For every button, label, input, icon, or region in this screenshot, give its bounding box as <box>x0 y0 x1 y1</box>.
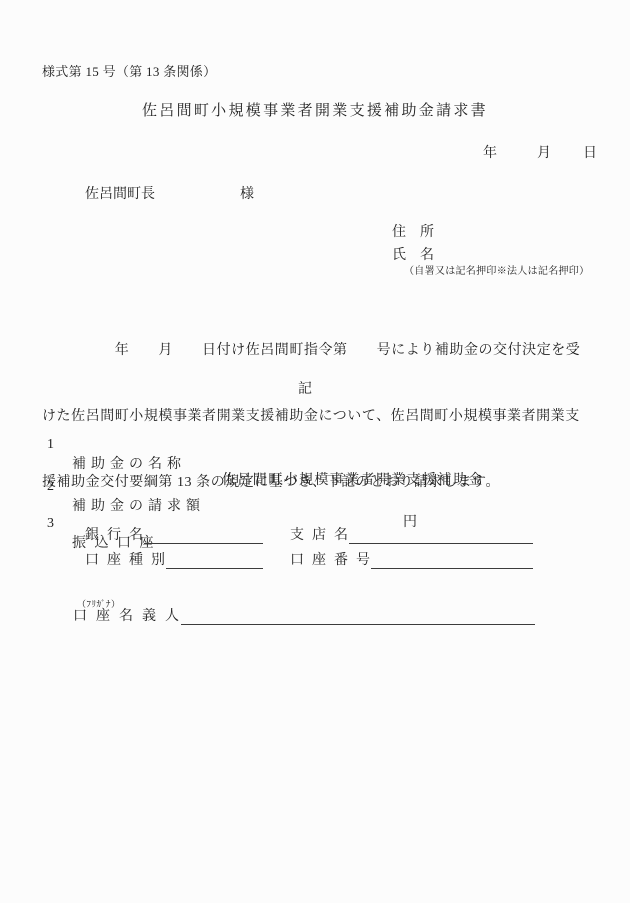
date-month-label: 月 <box>537 142 551 162</box>
document-title: 佐呂間町小規模事業者開業支援補助金請求書 <box>0 99 630 120</box>
item-number: 1 <box>47 437 54 453</box>
item-number: 2 <box>47 479 54 495</box>
bank-name-label: 銀行名 <box>85 527 151 544</box>
account-holder-label: 口座名義人 <box>73 608 188 625</box>
account-number-label: 口座番号 <box>290 552 378 569</box>
account-holder-field: 口座名義人 <box>73 608 535 625</box>
branch-name-field: 支店名 <box>290 527 533 544</box>
item-number: 3 <box>47 516 54 532</box>
branch-name-label: 支店名 <box>290 527 356 544</box>
document-page: 様式第 15 号（第 13 条関係） 佐呂間町小規模事業者開業支援補助金請求書 … <box>0 0 630 903</box>
recipient-name: 佐呂間町長 <box>85 183 155 203</box>
date-day-label: 日 <box>583 142 597 162</box>
section-marker: 記 <box>0 378 610 398</box>
item-subsidy-name: 1 補助金の名称 佐呂間町小規模事業者開業支援補助金 <box>42 421 598 441</box>
account-number-blank-line <box>371 551 533 569</box>
recipient-honorific: 様 <box>240 183 254 203</box>
account-type-label: 口座種別 <box>85 552 173 569</box>
account-number-field: 口座番号 <box>290 552 533 569</box>
account-type-blank-line <box>166 551 263 569</box>
form-number: 様式第 15 号（第 13 条関係） <box>42 61 216 80</box>
bank-name-blank-line <box>144 526 263 544</box>
item-transfer-account: 3 振込口座 <box>42 500 598 520</box>
bank-row-1: 銀行名 支店名 <box>85 527 533 544</box>
date-year-label: 年 <box>483 142 497 162</box>
body-paragraph-line: 年 月 日付け佐呂間町指令第 号により補助金の交付決定を受 <box>42 340 598 362</box>
signature-note: （自署又は記名押印※法人は記名押印） <box>404 262 589 277</box>
name-label: 氏 名 <box>392 244 434 264</box>
account-type-field: 口座種別 <box>85 552 263 569</box>
bank-row-2: 口座種別 口座番号 <box>85 552 533 569</box>
branch-name-blank-line <box>349 526 533 544</box>
account-holder-blank-line <box>181 607 535 625</box>
bank-name-field: 銀行名 <box>85 527 263 544</box>
item-claim-amount: 2 補助金の請求額 円 <box>42 463 598 483</box>
address-label: 住 所 <box>392 221 434 241</box>
